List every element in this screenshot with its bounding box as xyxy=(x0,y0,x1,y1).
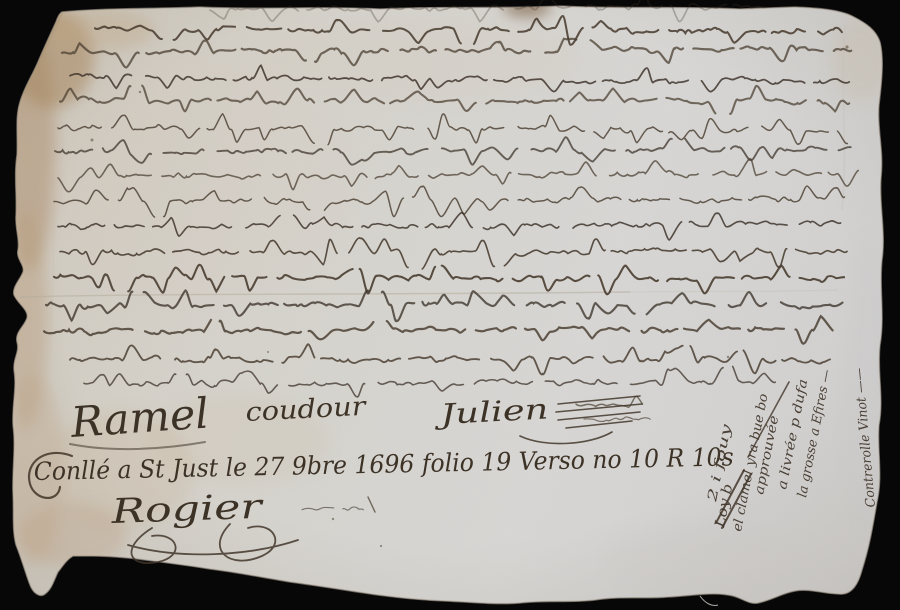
manuscript-svg: Ramel coudour Julien Conllé a St Just le… xyxy=(0,0,900,610)
signature-ramel: Ramel xyxy=(68,388,210,447)
signature-rogier: Rogier xyxy=(110,487,265,532)
signature-julien: Julien xyxy=(433,392,549,431)
manuscript-photo: Ramel coudour Julien Conllé a St Just le… xyxy=(0,0,900,610)
signature-coudour: coudour xyxy=(245,392,368,428)
